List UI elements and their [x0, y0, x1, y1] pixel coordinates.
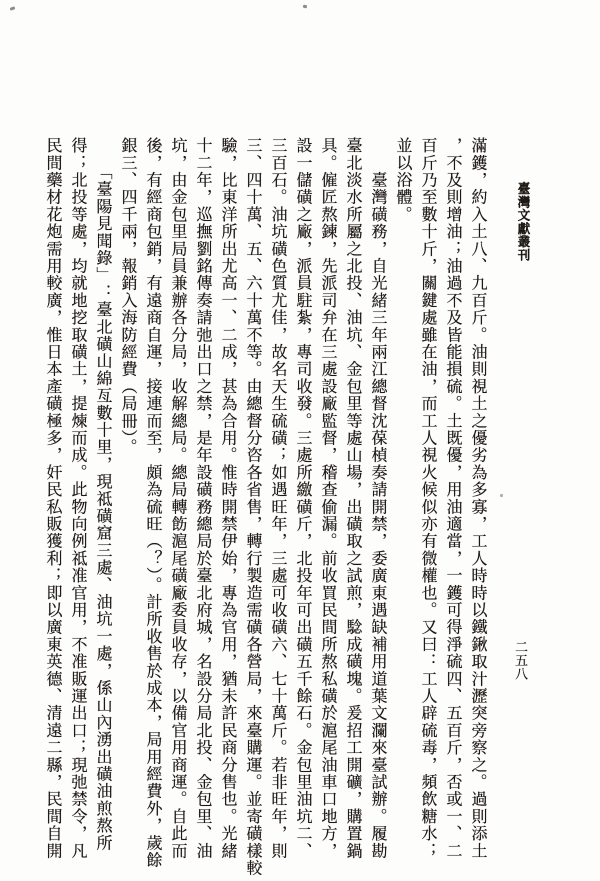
text-column: 百斤乃至數十斤，關鍵處雖在油，而工人視火候似亦有微權也。又曰：工人辟硫毒，頻飲糖… [415, 137, 440, 877]
text-column: 驗，比東洋所出尤高一、二成，甚為合用。惟時開禁伊始，專為官用，猶未許民商分售也。… [215, 137, 240, 877]
text-column: 得；北投等處，均就地挖取磺土，提煉而成。此物向例祗准官用，不准販運出口；現弛禁令… [65, 137, 90, 877]
text-column: 臺北淡水所屬之北投、油坑、金包里等處山場，出磺取之試煎，騐成磺塊。爰招工開礦，購… [340, 137, 365, 877]
text-column: 設一儲磺之廠，派員駐紮，專司收發。三處所繳磺斤，北投年可出磺五千餘石。金包里油坑… [290, 137, 315, 877]
text-column: 三百石。油坑磺色質尤佳，故名天生硫磺；如遇旺年，三處可收磺六、七十萬斤。若非旺年… [265, 137, 290, 877]
text-column: 三、四十萬、五、六十萬不等。由總督分咨各省售，轉行製造需磺各營局，來臺購運。並寄… [240, 137, 265, 877]
text-column: 「臺陽見聞錄」：臺北磺山綿亙數十里，現祗磺窟三處、油坑一處，係山內湧出磺油煎熬所 [90, 137, 115, 877]
text-column: 後，有經商包銷，有遠商自運，接連而至，頗為硫旺（？）。計所收售於成本，局用經費外… [140, 137, 165, 877]
text-column: ，不及則增油；油過不及皆能損硫。土既優，用油適當，一鑊可得淨硫四、五百斤，否或一… [440, 137, 465, 877]
text-column: 銀三、四千兩，報銷入海防經費（局冊）。 [115, 137, 140, 877]
text-column: 滿鑊，約入土八、九百斤。油則視土之優劣為多寡，工人時時以鐵鍬取汁瀝突旁察之。過則… [465, 137, 490, 877]
text-column: 坑，由金包里局員兼辦各分局，收解總局。總局轉飭滬尾磺廠委員收存，以備官用商運。自… [165, 137, 190, 877]
page-number: 二五八 [511, 640, 530, 681]
text-column: 臺灣磺務，自光緒三年兩江總督沈葆楨奏請開禁，委廣東遇缺補用道葉文瀾來臺試辦。履勘 [365, 137, 390, 877]
scan-speck [500, 494, 503, 497]
text-column: 民間藥材花炮需用較廣，惟日本產磺極多，奸民私販獲利；即以廣東英德、清遠二縣，民間… [40, 137, 65, 877]
body-text: 滿鑊，約入土八、九百斤。油則視土之優劣為多寡，工人時時以鐵鍬取汁瀝突旁察之。過則… [40, 137, 490, 877]
text-column: 十二年，巡撫劉銘傳奏請弛出口之禁，是年設磺務總局於臺北府城，名設分局北投、金包里… [190, 137, 215, 877]
text-column: 並以浴體。 [390, 137, 415, 877]
scanned-book-page: 臺灣文獻叢刊 二五八 滿鑊，約入土八、九百斤。油則視土之優劣為多寡，工人時時以鐵… [0, 0, 600, 881]
scan-speck [303, 5, 308, 9]
publication-title: 臺灣文獻叢刊 [514, 182, 532, 262]
text-column: 具。僱匠熬鍊，先派司弁在三處設廠監督，稽查偷漏。前收買民間所熬私磺於滬尾油車口地… [315, 137, 340, 877]
scan-speck [10, 6, 16, 11]
